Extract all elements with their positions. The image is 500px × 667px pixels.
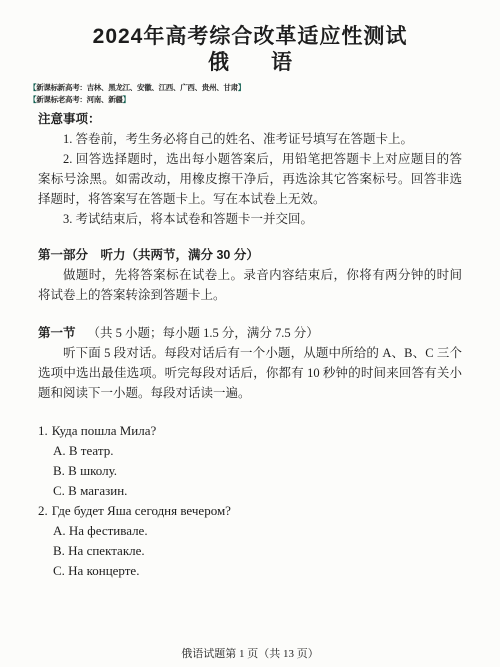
question-number: 1. [38,423,48,438]
close-bracket: 】 [238,83,245,92]
question-list: 1.Куда пошла Мила? A. В театр. B. В школ… [38,421,462,581]
section1-instruction: 听下面 5 段对话。每段对话后有一个小题，从题中所给的 A、B、C 三个选项中选… [38,343,462,403]
tag-new-curriculum-old-gaokao: 【新课标老高考：河南、新疆】 [29,94,462,106]
tag-label: 新课标老高考：河南、新疆 [36,95,122,104]
edition-tags: 【新课标新高考：吉林、黑龙江、安徽、江西、广西、贵州、甘肃】 【新课标老高考：河… [29,82,462,105]
question-1-option-b: B. В школу. [38,461,462,481]
section1-heading-detail: （共 5 小题；每小题 1.5 分，满分 7.5 分） [88,326,319,340]
exam-subject-title: 俄 语 [38,50,462,76]
tag-new-curriculum-new-gaokao: 【新课标新高考：吉林、黑龙江、安徽、江西、广西、贵州、甘肃】 [29,82,462,94]
exam-paper-page: 2024年高考综合改革适应性测试 俄 语 【新课标新高考：吉林、黑龙江、安徽、江… [0,0,500,667]
section1-heading: 第一节（共 5 小题；每小题 1.5 分，满分 7.5 分） [38,323,462,343]
tag-label: 新课标新高考：吉林、黑龙江、安徽、江西、广西、贵州、甘肃 [36,83,238,92]
question-2-option-a: A. На фестивале. [38,521,462,541]
question-1-option-c: C. В магазин. [38,481,462,501]
question-text: Куда пошла Мила? [52,423,157,438]
notice-item-1: 1. 答卷前，考生务必将自己的姓名、准考证号填写在答题卡上。 [38,129,462,149]
question-text: Где будет Яша сегодня вечером? [52,503,231,518]
section1-heading-title: 第一节 [38,326,76,340]
close-bracket: 】 [123,95,130,104]
question-2-option-c: C. На концерте. [38,561,462,581]
exam-title: 2024年高考综合改革适应性测试 [38,24,462,50]
part1-instruction: 做题时，先将答案标在试卷上。录音内容结束后，你将有两分钟的时间将试卷上的答案转涂… [38,265,462,305]
question-1-option-a: A. В театр. [38,441,462,461]
part1-heading: 第一部分 听力（共两节，满分 30 分） [38,245,462,265]
question-2: 2.Где будет Яша сегодня вечером? [38,501,462,521]
notice-item-3: 3. 考试结束后，将本试卷和答题卡一并交回。 [38,209,462,229]
question-2-option-b: B. На спектакле. [38,541,462,561]
notice-heading: 注意事项： [38,109,462,129]
question-1: 1.Куда пошла Мила? [38,421,462,441]
notice-item-2: 2. 回答选择题时，选出每小题答案后，用铅笔把答题卡上对应题目的答案标号涂黑。如… [38,149,462,209]
question-number: 2. [38,503,48,518]
page-footer: 俄语试题第 1 页（共 13 页） [0,646,500,662]
